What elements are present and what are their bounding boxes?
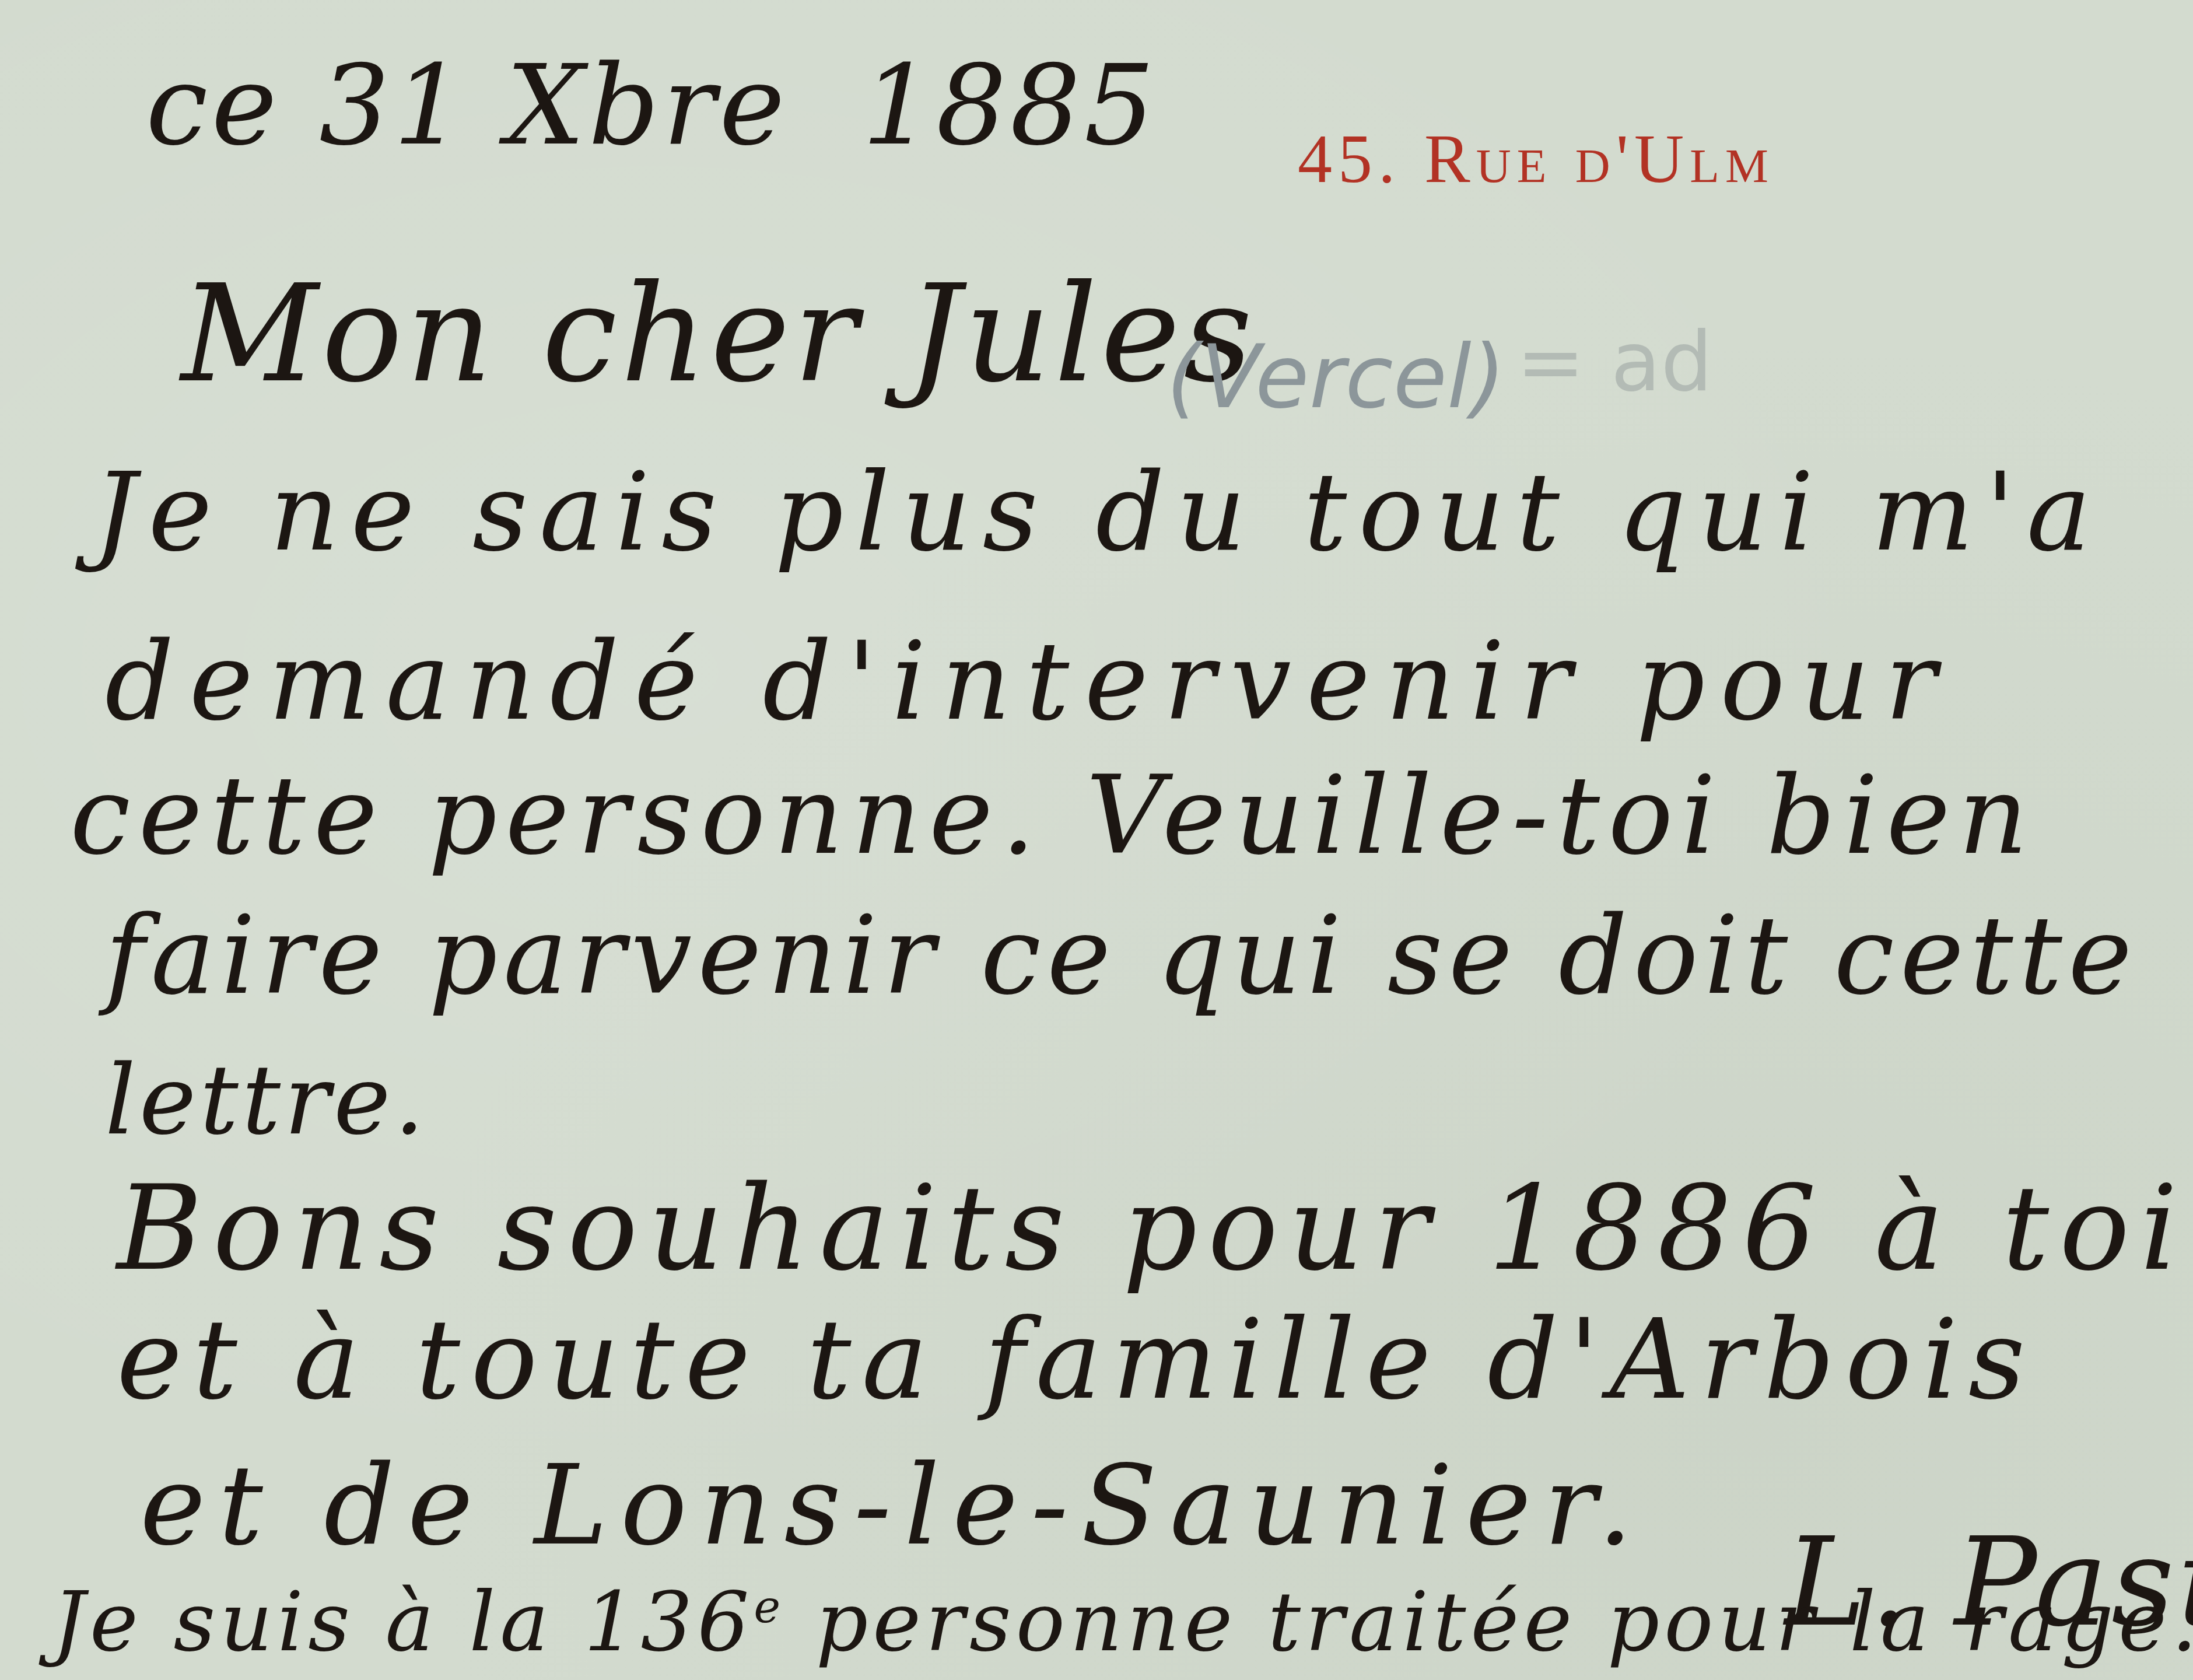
date-day: 31 <box>319 41 467 170</box>
date-prefix: ce <box>146 41 281 170</box>
body-line-3: cette personne. Veuille-toi bien <box>70 752 2036 878</box>
salutation: Mon cher Jules <box>181 257 1256 412</box>
postscript: Je suis à la 136e personne traitée pour … <box>52 1575 2193 1670</box>
letter-card: ce 31 Xbre 1885 45. Rue d'Ulm Mon cher J… <box>0 0 2193 1680</box>
pencil-annotation-vercel: (Vercel) <box>1166 327 1505 428</box>
letterhead-address: 45. Rue d'Ulm <box>1298 120 1774 199</box>
date-year: 1885 <box>862 41 1158 170</box>
body-line-2: demandé d'intervenir pour <box>105 618 1952 744</box>
body-line-4: faire parvenir ce qui se doit cette <box>105 892 2138 1019</box>
postscript-text-after: personne traitée pour la rage. <box>785 1575 2193 1670</box>
postscript-text-before: Je suis à la 136 <box>52 1575 754 1670</box>
pencil-marks: = ad <box>1516 315 1712 410</box>
salutation-text: Mon cher Jules <box>181 257 1256 412</box>
date-month: Xbre <box>506 41 788 170</box>
body-line-6: Bons souhaits pour 1886 à toi <box>117 1161 2188 1297</box>
postscript-superscript: e <box>754 1581 786 1633</box>
body-line-7: et à toute ta famille d'Arbois <box>117 1295 2036 1424</box>
body-line-5: lettre. <box>105 1044 428 1156</box>
body-line-8: et de Lons-le-Saunier. <box>140 1441 1645 1570</box>
date-line: ce 31 Xbre 1885 <box>146 41 1158 170</box>
body-line-1: Je ne sais plus du tout qui m'a <box>93 449 2103 575</box>
